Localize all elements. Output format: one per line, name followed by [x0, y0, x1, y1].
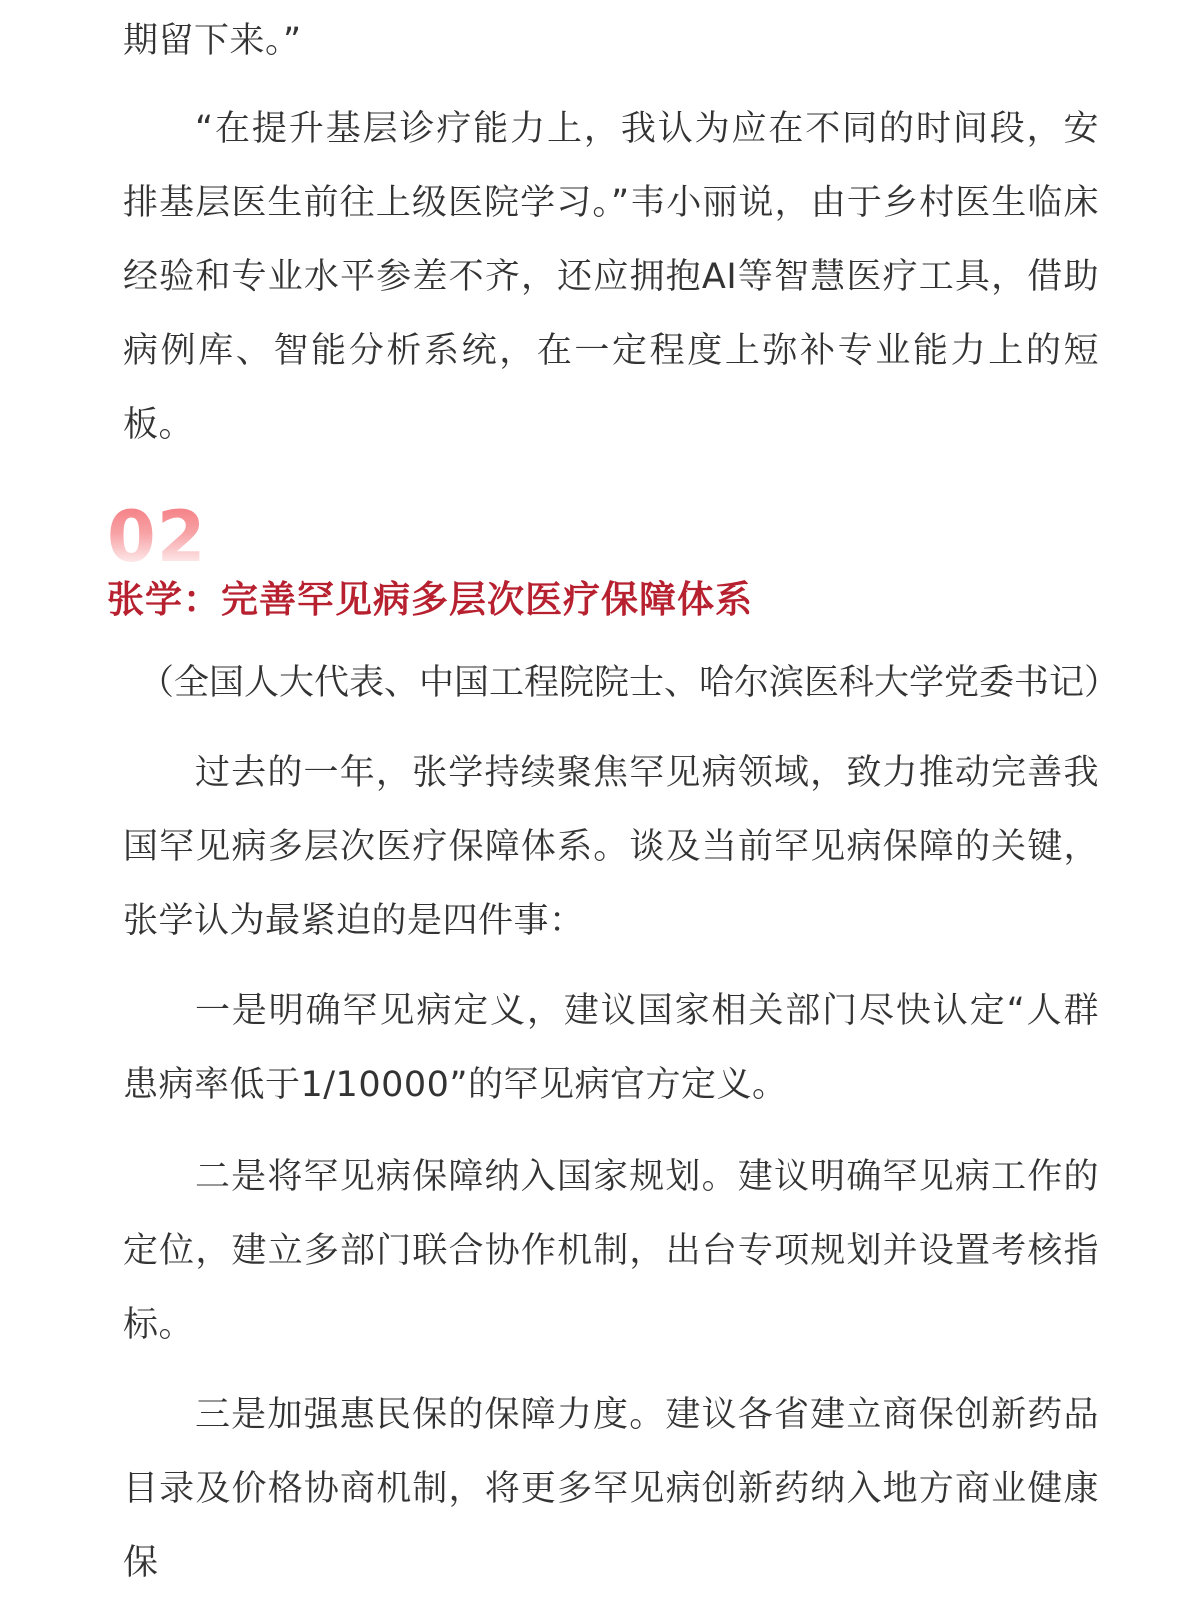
- section-title: 张学：完善罕见病多层次医疗保障体系: [107, 574, 753, 626]
- paragraph-quote-weixiaoli: “在提升基层诊疗能力上，我认为应在不同的时间段，安排基层医生前往上级医院学习。”…: [123, 92, 1099, 462]
- paragraph-point-two: 二是将罕见病保障纳入国家规划。建议明确罕见病工作的定位，建立多部门联合协作机制，…: [123, 1140, 1099, 1362]
- section-subtitle: （全国人大代表、中国工程院院士、哈尔滨医科大学党委书记）: [139, 646, 1119, 720]
- section-number: 02: [107, 502, 206, 572]
- paragraph-point-one: 一是明确罕见病定义，建议国家相关部门尽快认定“人群患病率低于1/10000”的罕…: [123, 974, 1099, 1122]
- paragraph-tail: 期留下来。”: [123, 4, 302, 78]
- paragraph-intro-zhangxue: 过去的一年，张学持续聚焦罕见病领域，致力推动完善我国罕见病多层次医疗保障体系。谈…: [123, 736, 1099, 958]
- paragraph-point-three: 三是加强惠民保的保障力度。建议各省建立商保创新药品目录及价格协商机制，将更多罕见…: [123, 1378, 1099, 1600]
